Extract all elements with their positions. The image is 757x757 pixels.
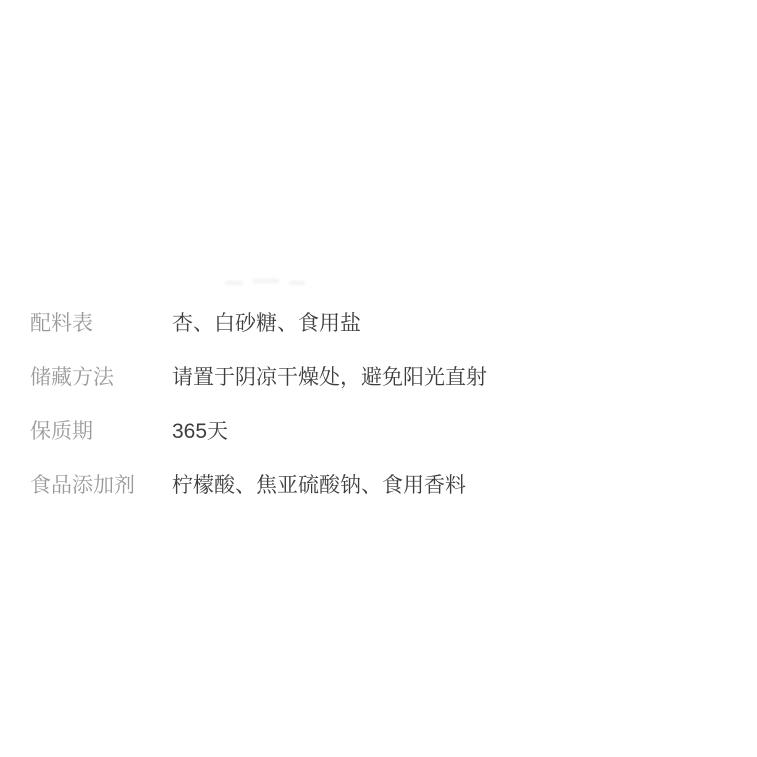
- spec-value-ingredients: 杏、白砂糖、食用盐: [172, 313, 361, 334]
- spec-label-storage: 储藏方法: [30, 367, 172, 388]
- spec-label-shelf-life: 保质期: [30, 421, 172, 442]
- spec-row-additives: 食品添加剂 柠檬酸、焦亚硫酸钠、食用香料: [30, 458, 487, 512]
- spec-row-ingredients: 配料表 杏、白砂糖、食用盐: [30, 296, 487, 350]
- product-spec-table: 配料表 杏、白砂糖、食用盐 储藏方法 请置于阴凉干燥处，避免阳光直射 保质期 3…: [30, 296, 487, 512]
- spec-value-shelf-life: 365天: [172, 421, 228, 442]
- spec-value-storage: 请置于阴凉干燥处，避免阳光直射: [172, 367, 487, 388]
- spec-value-additives: 柠檬酸、焦亚硫酸钠、食用香料: [172, 475, 466, 496]
- spec-row-shelf-life: 保质期 365天: [30, 404, 487, 458]
- faded-artifact: [225, 279, 320, 287]
- spec-label-additives: 食品添加剂: [30, 475, 172, 496]
- spec-label-ingredients: 配料表: [30, 313, 172, 334]
- spec-row-storage: 储藏方法 请置于阴凉干燥处，避免阳光直射: [30, 350, 487, 404]
